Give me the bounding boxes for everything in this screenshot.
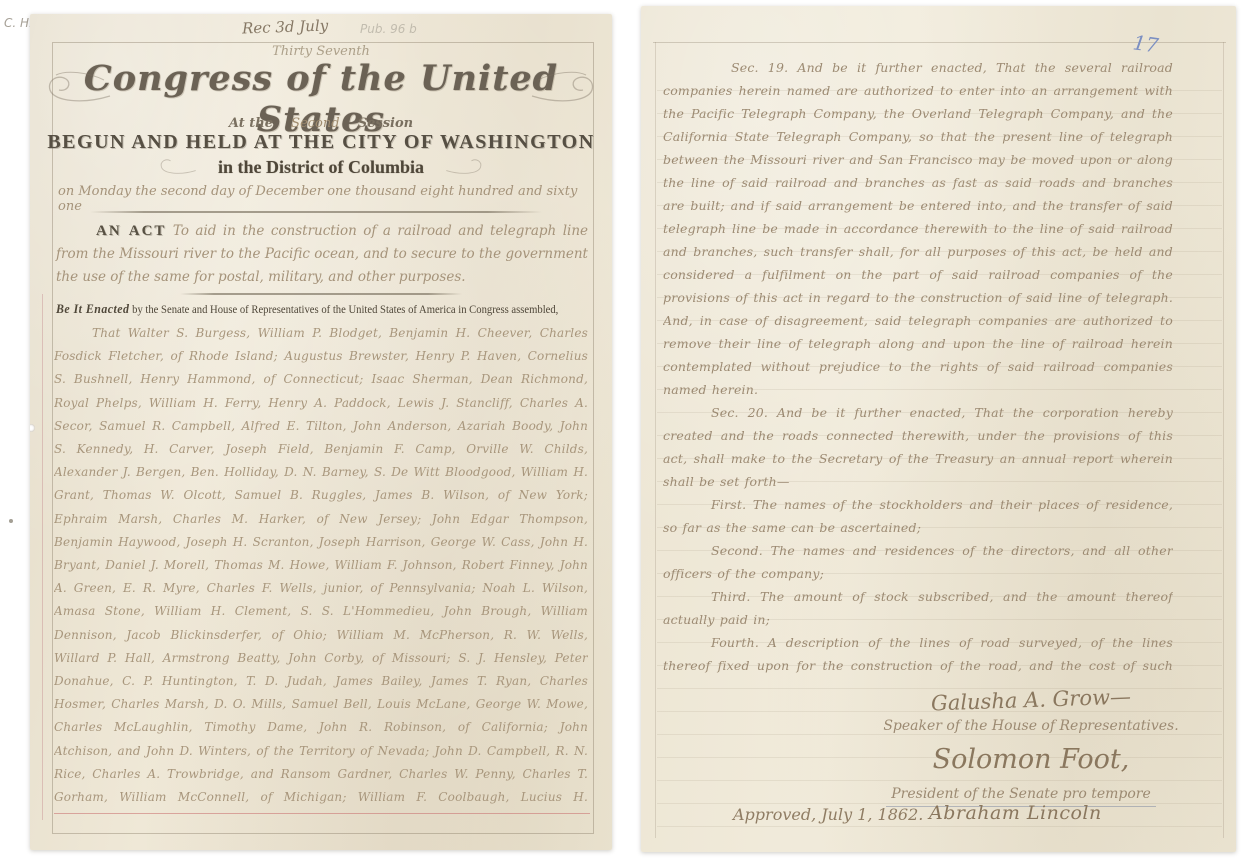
begun-line: BEGUN AND HELD AT THE CITY OF WASHINGTON [30,131,612,154]
act-heading-paragraph: AN ACT To aid in the construction of a r… [56,220,588,289]
paper-speck [9,519,13,523]
flourish-right-icon [528,66,598,110]
flourish-left-icon [44,66,114,110]
page-border-left [655,42,656,838]
binder-hole [30,424,35,432]
report-item-second: Second. The names and residences of the … [663,539,1173,585]
red-margin-line [42,294,43,820]
left-page: Rec 3d July Pub. 96 b Thirty Seventh Con… [30,14,612,850]
senate-president-signature: Solomon Foot, [891,744,1171,775]
enacting-rest: by the Senate and House of Representativ… [129,304,558,316]
report-item-third: Third. The amount of stock subscribed, a… [663,585,1173,631]
session-prefix: At the [229,116,273,131]
divider-rule [90,211,542,213]
section-20-paragraph: Sec. 20. And be it further enacted, That… [663,401,1173,493]
district-flourish-right-icon [444,153,484,179]
district-line: in the District of Columbia [218,157,424,177]
right-page-text: Sec. 19. And be it further enacted, That… [663,56,1173,684]
page-number: 17 [1131,30,1160,57]
session-suffix: Session [358,116,413,131]
speaker-signature: Galusha A. Grow— [891,683,1172,717]
district-row: in the District of Columbia [30,157,612,183]
session-line: At the Second Session [30,116,612,131]
congress-number: Thirty Seventh [30,44,612,59]
report-item-fourth: Fourth. A description of the lines of ro… [663,631,1173,684]
enacting-lead: Be It Enacted [56,302,129,316]
session-filled-value: Second [291,116,339,131]
report-item-first: First. The names of the stockholders and… [663,493,1173,539]
act-label: AN ACT [96,223,166,239]
incorporators-text: That Walter S. Burgess, William P. Blodg… [54,322,588,808]
approved-date: Approved, July 1, 1862. [733,805,923,824]
district-flourish-left-icon [158,153,198,179]
date-line: on Monday the second day of December one… [58,184,588,214]
enacting-clause: Be It Enacted by the Senate and House of… [56,302,565,317]
speaker-title: Speaker of the House of Representatives. [866,718,1196,734]
page-border-right [1223,42,1224,838]
pencil-note-annotation: Pub. 96 b [360,22,417,36]
masthead-row: Congress of the United States [30,58,612,116]
document-scan: C. H. R. Rec 3d July Pub. 96 b Thirty Se… [0,0,1243,858]
divider-rule-small [180,293,462,295]
section-19-paragraph: Sec. 19. And be it further enacted, That… [663,56,1173,401]
lincoln-signature: Abraham Lincoln [929,802,1102,824]
received-annotation: Rec 3d July [242,17,329,38]
red-bottom-rule [54,813,590,814]
right-page: 17 Sec. 19. And be it further enacted, T… [641,6,1236,852]
